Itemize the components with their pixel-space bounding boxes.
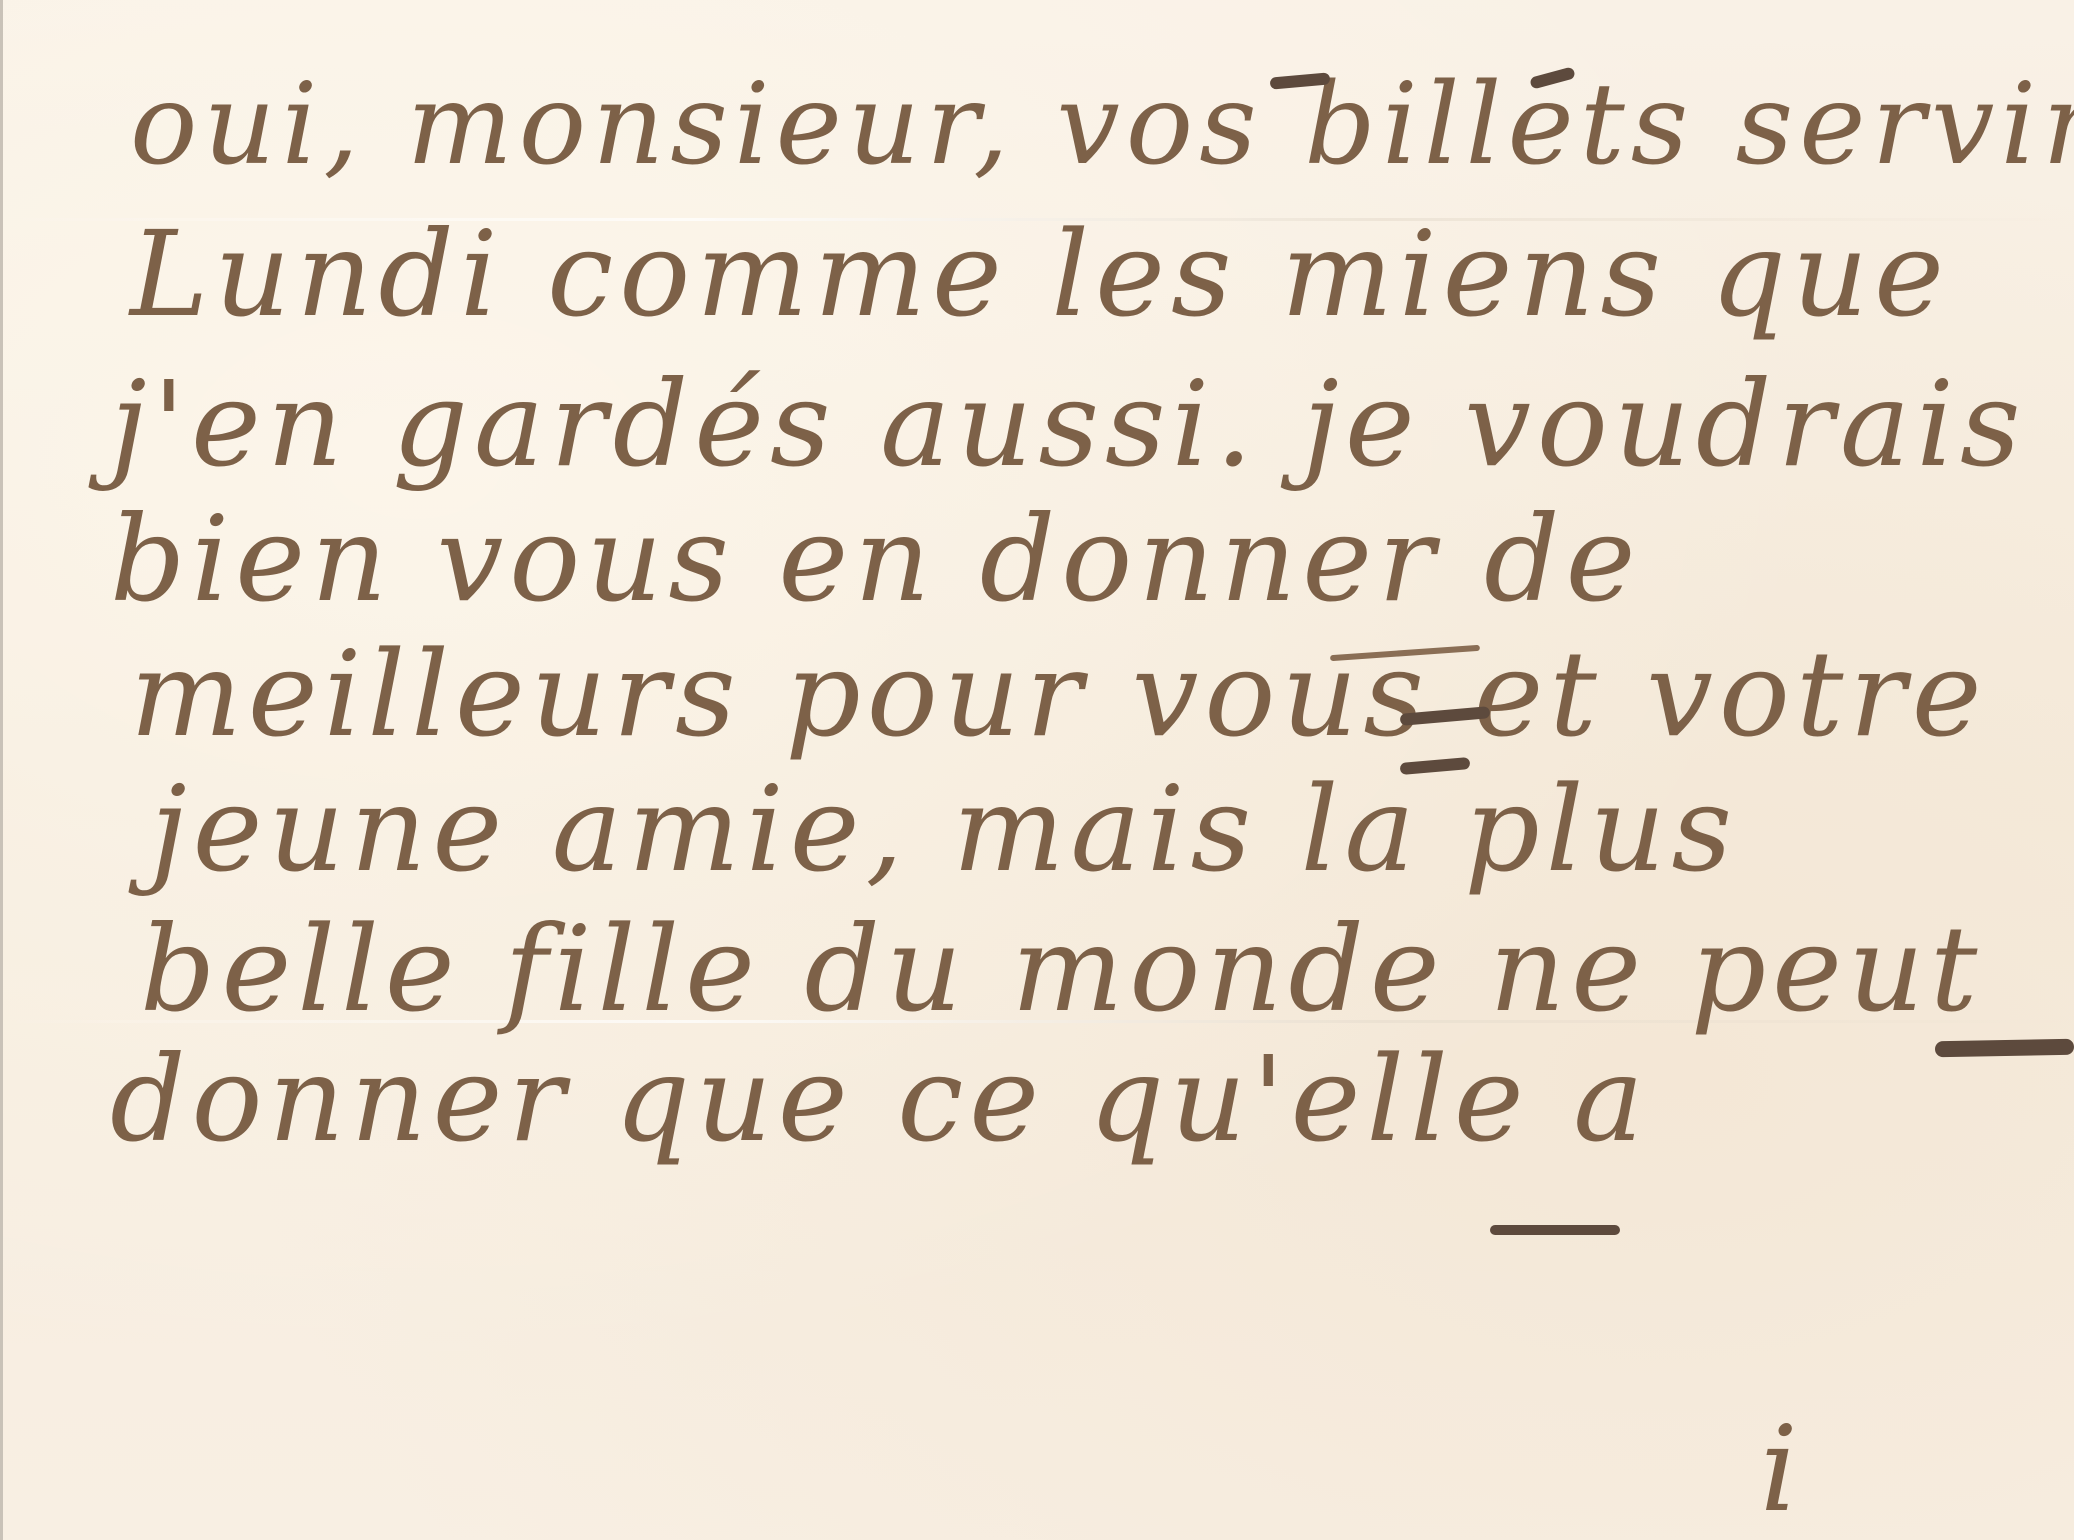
handwritten-line-8: donner que ce qu'elle a	[110, 1030, 1650, 1168]
line-filler-dash	[1490, 1225, 1620, 1235]
handwritten-line-5: meilleurs pour vous et votre	[130, 625, 1988, 763]
handwritten-line-1: oui, monsieur, vos billets serviront	[130, 60, 2074, 190]
handwritten-line-9-partial: i	[1760, 1400, 1804, 1538]
handwritten-line-3: j'en gardés aussi. je voudrais	[110, 355, 2027, 493]
paper-edge	[0, 0, 3, 1540]
handwritten-line-7: belle fille du monde ne peut	[140, 900, 1983, 1038]
handwritten-line-4: bien vous en donner de	[110, 490, 1641, 628]
handwritten-line-2: Lundi comme les miens que	[130, 205, 1950, 343]
handwritten-line-6: jeune amie, mais la plus	[150, 760, 1738, 898]
ink-flourish	[1935, 1039, 2074, 1057]
